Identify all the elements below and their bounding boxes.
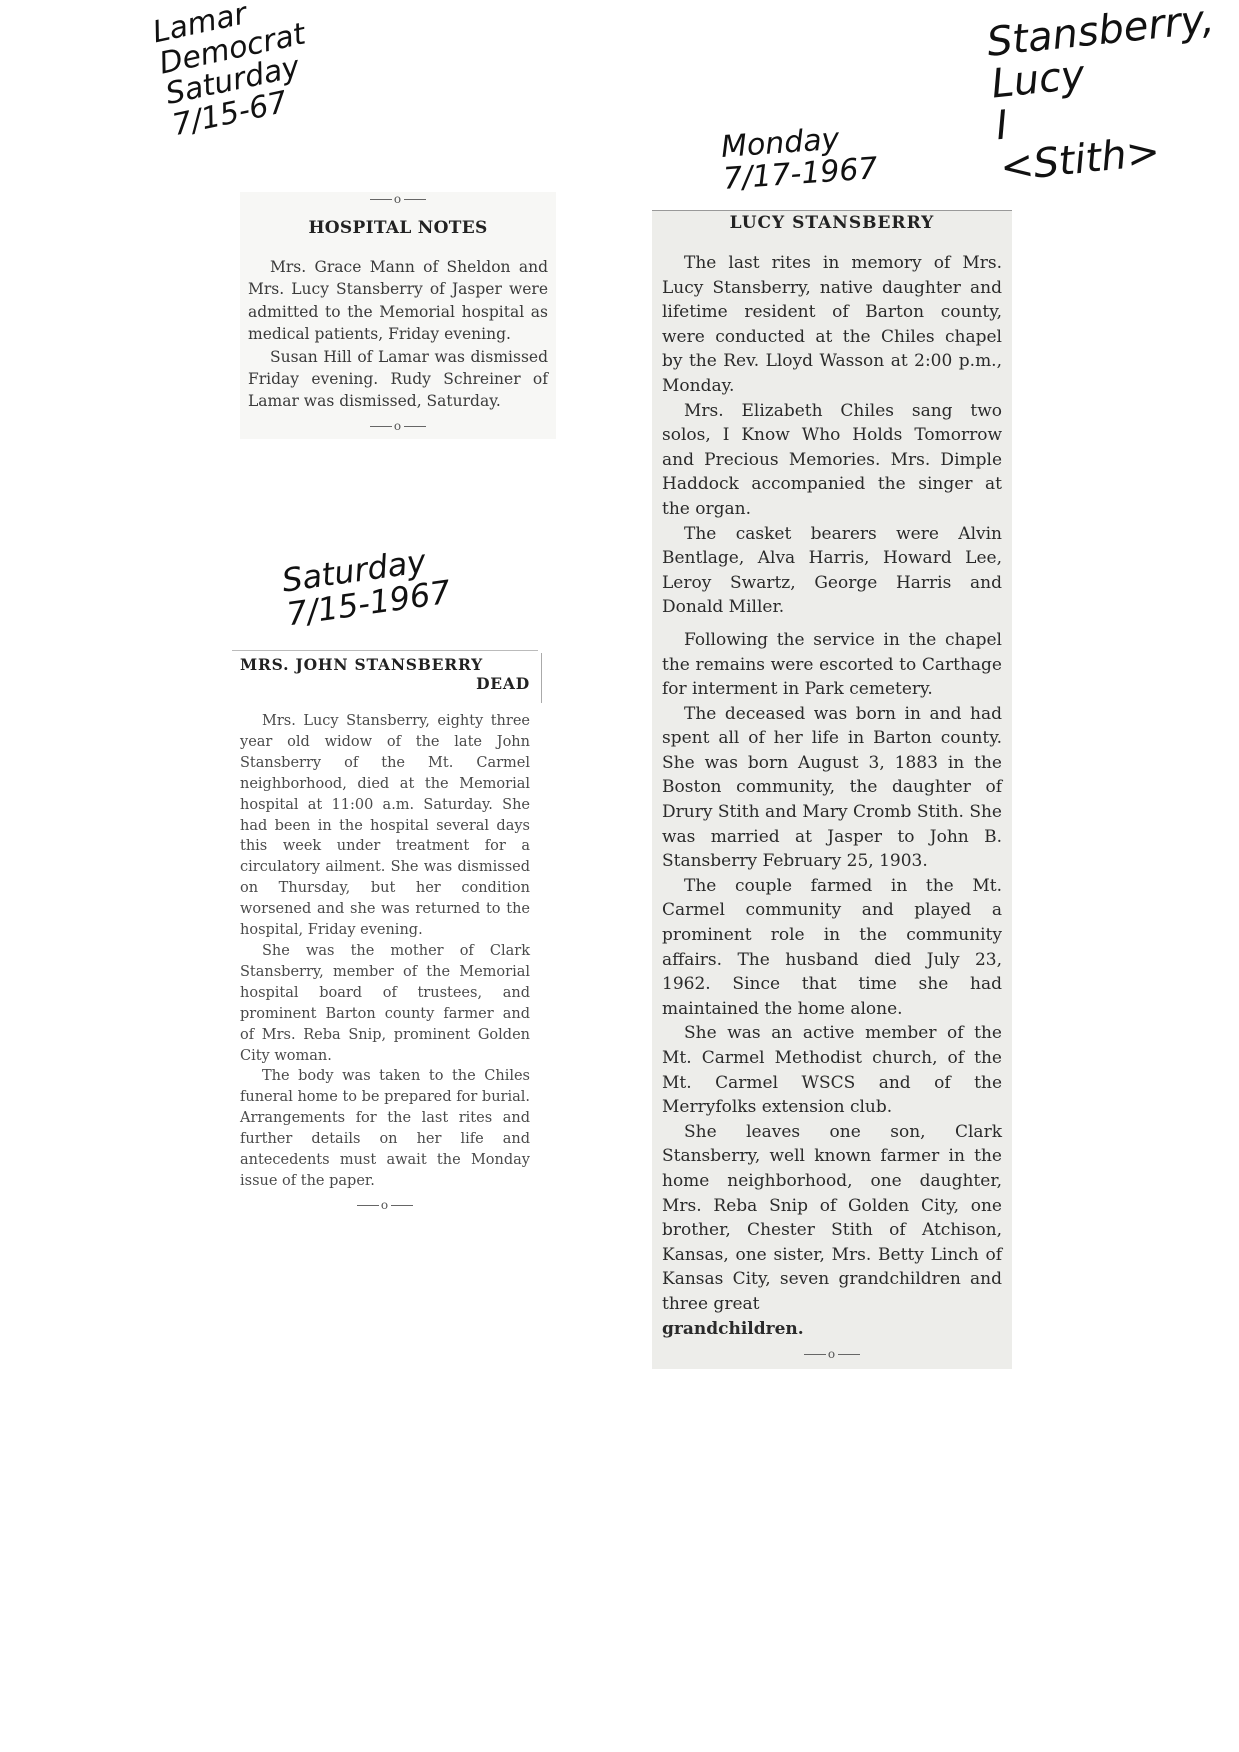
handwritten-name-note: Stansberry, Lucy I <Stith>	[985, 0, 1229, 189]
bottom-divider: o	[248, 419, 548, 433]
article-paragraph: Mrs. Elizabeth Chiles sang two solos, I …	[662, 399, 1002, 522]
article-final-word: grandchildren.	[662, 1317, 1002, 1342]
death-notice-headline: MRS. JOHN STANSBERRY	[240, 655, 530, 674]
obituary-clipping: LUCY STANSBERRY The last rites in memory…	[652, 210, 1012, 1369]
handwritten-source-note: Lamar Democrat Saturday 7/15-67	[150, 0, 321, 141]
death-notice-headline-line2: DEAD	[240, 674, 530, 693]
bottom-divider: o	[240, 1198, 530, 1212]
handwritten-saturday-date: Saturday 7/15-1967	[280, 542, 453, 631]
article-paragraph: Mrs. Grace Mann of Sheldon and Mrs. Lucy…	[248, 256, 548, 346]
column-rule	[541, 653, 542, 703]
scanned-page: Lamar Democrat Saturday 7/15-67 Stansber…	[0, 0, 1239, 1752]
obituary-headline: LUCY STANSBERRY	[662, 213, 1002, 233]
hospital-notes-clipping: o HOSPITAL NOTES Mrs. Grace Mann of Shel…	[240, 192, 556, 439]
article-paragraph: Mrs. Lucy Stansberry, eighty three year …	[240, 711, 530, 941]
article-paragraph: The casket bearers were Alvin Bentlage, …	[662, 522, 1002, 620]
article-paragraph: The last rites in memory of Mrs. Lucy St…	[662, 251, 1002, 399]
article-paragraph: The deceased was born in and had spent a…	[662, 702, 1002, 874]
article-paragraph: She was an active member of the Mt. Carm…	[662, 1021, 1002, 1119]
article-paragraph: She leaves one son, Clark Stansberry, we…	[662, 1120, 1002, 1317]
bottom-divider: o	[662, 1347, 1002, 1361]
article-paragraph: The couple farmed in the Mt. Carmel comm…	[662, 874, 1002, 1022]
article-paragraph: She was the mother of Clark Stansberry, …	[240, 941, 530, 1066]
handwritten-monday-date: Monday 7/17-1967	[720, 121, 879, 195]
top-divider: o	[248, 192, 548, 206]
hospital-notes-headline: HOSPITAL NOTES	[248, 218, 548, 238]
article-paragraph: Following the service in the chapel the …	[662, 628, 1002, 702]
article-paragraph: Susan Hill of Lamar was dismissed Friday…	[248, 346, 548, 413]
article-paragraph: The body was taken to the Chiles funeral…	[240, 1066, 530, 1191]
death-notice-clipping: MRS. JOHN STANSBERRY DEAD Mrs. Lucy Stan…	[232, 650, 538, 1218]
